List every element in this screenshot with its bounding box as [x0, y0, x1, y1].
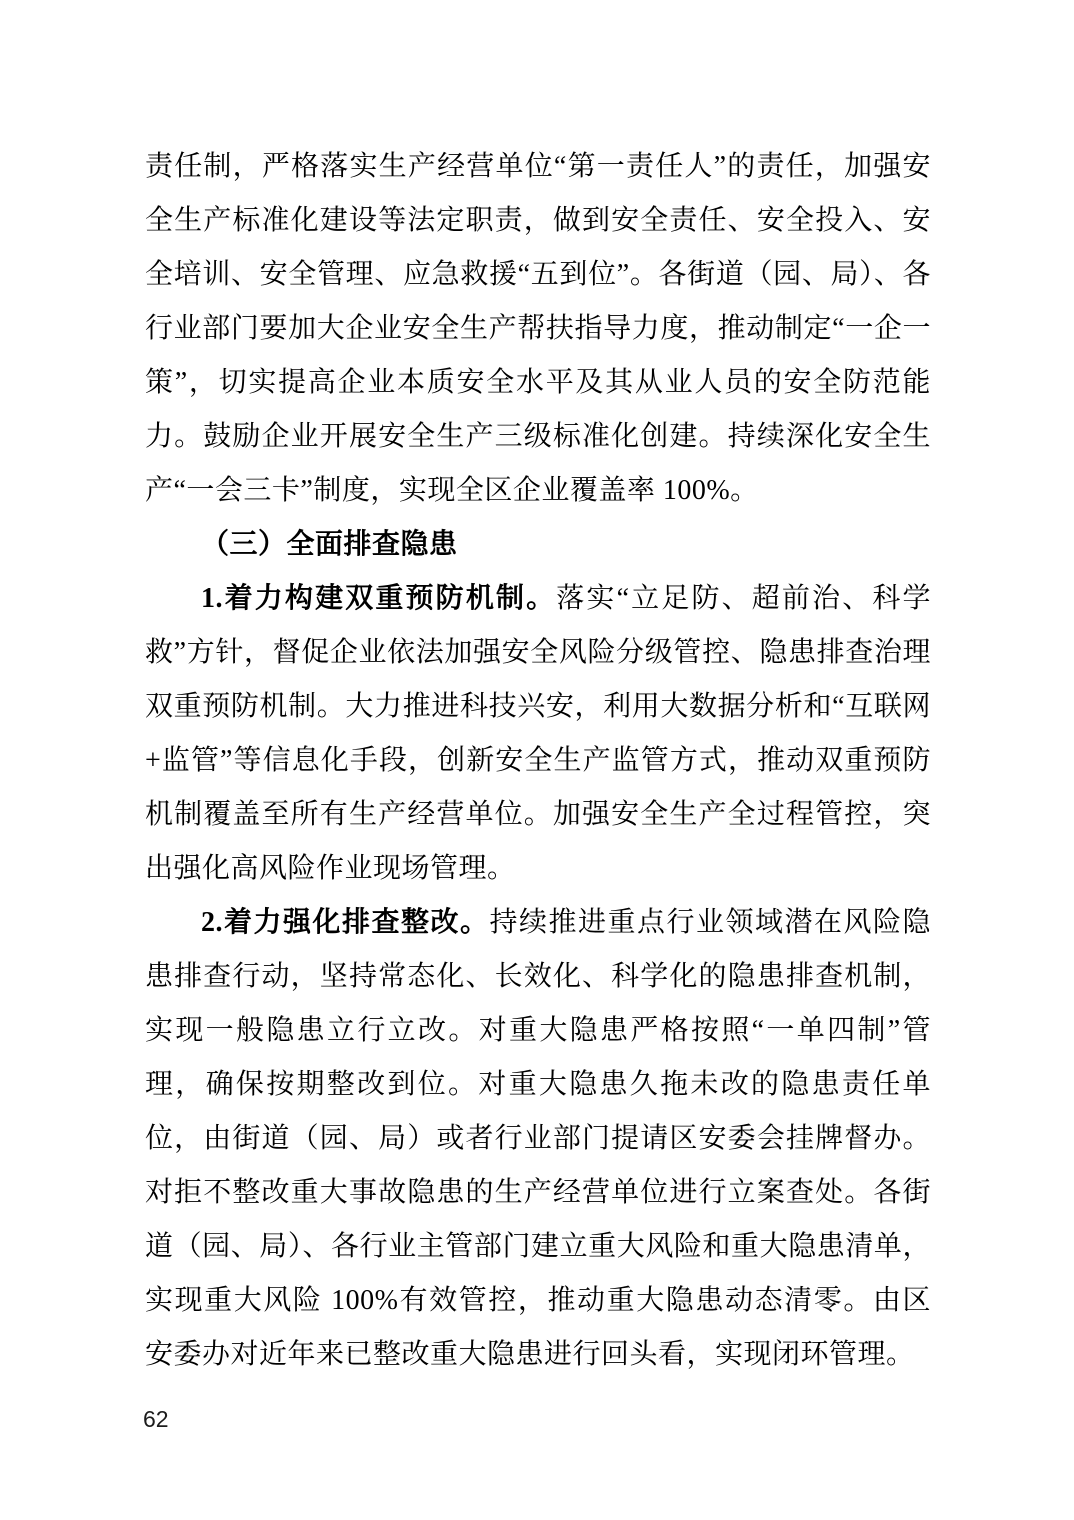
section-heading: （三）全面排查隐患	[145, 518, 931, 572]
paragraph-continuation: 责任制，严格落实生产经营单位“第一责任人”的责任，加强安全生产标准化建设等法定职…	[145, 140, 931, 518]
paragraph-2-body: 持续推进重点行业领域潜在风险隐患排查行动，坚持常态化、长效化、科学化的隐患排查机…	[145, 907, 931, 1370]
document-page: 责任制，严格落实生产经营单位“第一责任人”的责任，加强安全生产标准化建设等法定职…	[0, 0, 1074, 1520]
paragraph-2-lead: 2.着力强化排查整改。	[201, 907, 490, 938]
paragraph-1-body: 落实“立足防、超前治、科学救”方针，督促企业依法加强安全风险分级管控、隐患排查治…	[145, 583, 931, 884]
paragraph-numbered-2: 2.着力强化排查整改。持续推进重点行业领域潜在风险隐患排查行动，坚持常态化、长效…	[145, 896, 931, 1382]
paragraph-1-lead: 1.着力构建双重预防机制。	[201, 583, 556, 614]
paragraph-numbered-1: 1.着力构建双重预防机制。落实“立足防、超前治、科学救”方针，督促企业依法加强安…	[145, 572, 931, 896]
page-number: 62	[143, 1406, 169, 1432]
document-content: 责任制，严格落实生产经营单位“第一责任人”的责任，加强安全生产标准化建设等法定职…	[145, 140, 931, 1382]
